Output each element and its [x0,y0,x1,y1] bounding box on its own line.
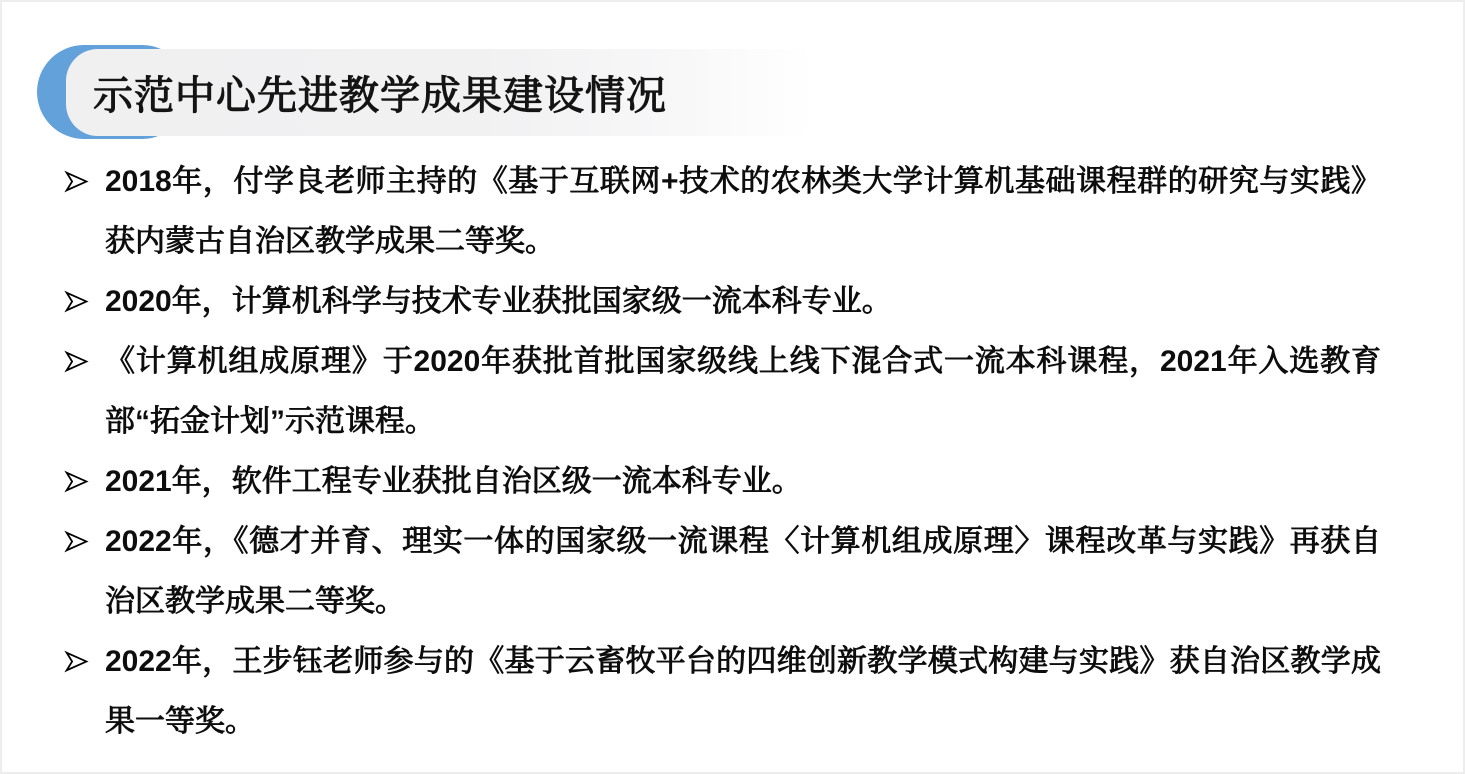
bullet-text: 《计算机组成原理》于2020年获批首批国家级线上线下混合式一流本科课程，2021… [105,332,1381,452]
arrow-bullet-icon [64,332,105,374]
achievement-list: 2018年，付学良老师主持的《基于互联网+技术的农林类大学计算机基础课程群的研究… [64,152,1381,752]
bullet-text: 2021年，软件工程专业获批自治区级一流本科专业。 [105,452,1381,512]
page-title: 示范中心先进教学成果建设情况 [66,64,667,121]
bullet-text: 2022年，王步钰老师参与的《基于云畜牧平台的四维创新教学模式构建与实践》获自治… [105,632,1381,752]
bullet-text: 2020年，计算机科学与技术专业获批国家级一流本科专业。 [105,272,1381,332]
bullet-text: 2018年，付学良老师主持的《基于互联网+技术的农林类大学计算机基础课程群的研究… [105,152,1381,272]
title-banner-area: 示范中心先进教学成果建设情况 [2,2,1463,152]
list-item: 2020年，计算机科学与技术专业获批国家级一流本科专业。 [64,272,1381,332]
list-item: 《计算机组成原理》于2020年获批首批国家级线上线下混合式一流本科课程，2021… [64,332,1381,452]
arrow-bullet-icon [64,272,105,314]
list-item: 2022年，王步钰老师参与的《基于云畜牧平台的四维创新教学模式构建与实践》获自治… [64,632,1381,752]
list-item: 2022年，《德才并育、理实一体的国家级一流课程〈计算机组成原理〉课程改革与实践… [64,512,1381,632]
list-item: 2018年，付学良老师主持的《基于互联网+技术的农林类大学计算机基础课程群的研究… [64,152,1381,272]
arrow-bullet-icon [64,452,105,494]
title-banner: 示范中心先进教学成果建设情况 [66,49,814,136]
list-item: 2021年，软件工程专业获批自治区级一流本科专业。 [64,452,1381,512]
arrow-bullet-icon [64,512,105,554]
arrow-bullet-icon [64,632,105,674]
bullet-text: 2022年，《德才并育、理实一体的国家级一流课程〈计算机组成原理〉课程改革与实践… [105,512,1381,632]
arrow-bullet-icon [64,152,105,194]
